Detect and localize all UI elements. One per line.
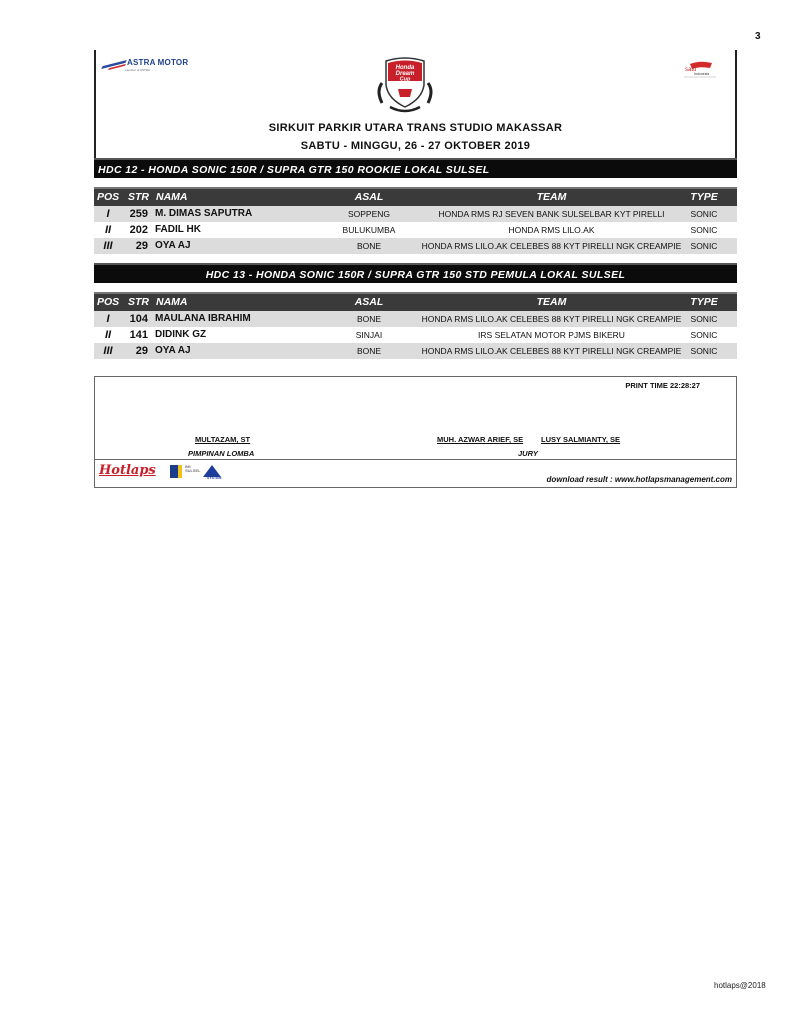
cell-str: 141 [118, 329, 148, 341]
jury-member-2: LUSY SALMIANTY, SE [541, 435, 620, 444]
class-title-hdc13: HDC 13 - HONDA SONIC 150R / SUPRA GTR 15… [94, 263, 737, 283]
table-row: I 259 M. DIMAS SAPUTRA SOPPENG HONDA RMS… [94, 206, 737, 222]
table-header: POS STR NAMA ASAL TEAM TYPE [94, 187, 737, 206]
venue-title: SIRKUIT PARKIR UTARA TRANS STUDIO MAKASS… [94, 122, 737, 134]
col-team: TEAM [414, 191, 689, 203]
cell-team: HONDA RMS LILO.AK CELEBES 88 KYT PIRELLI… [414, 314, 689, 324]
honda-dream-cup-logo-icon: Honda Dream Cup [372, 55, 438, 117]
cell-str: 259 [118, 208, 148, 220]
cell-str: 104 [118, 313, 148, 325]
timing-system-logo-text: SYSTEM [207, 476, 221, 480]
table-row: I 104 MAULANA IBRAHIM BONE HONDA RMS LIL… [94, 311, 737, 327]
jury-member-1: MUH. AZWAR ARIEF, SE [437, 435, 523, 444]
col-type: TYPE [684, 296, 724, 308]
cell-team: HONDA RMS LILO.AK CELEBES 88 KYT PIRELLI… [414, 241, 689, 251]
cell-nama: DIDINK GZ [155, 329, 206, 340]
svg-text:Indonesia: Indonesia [694, 72, 709, 76]
astra-motor-text: ASTRA MOTOR [127, 58, 188, 67]
table-row: III 29 OYA AJ BONE HONDA RMS LILO.AK CEL… [94, 238, 737, 254]
col-asal: ASAL [329, 296, 409, 308]
cell-asal: SOPPENG [329, 209, 409, 219]
race-director-name: MULTAZAM, ST [195, 435, 250, 444]
cell-type: SONIC [684, 346, 724, 356]
col-str: STR [128, 296, 149, 308]
class-title-hdc12: HDC 12 - HONDA SONIC 150R / SUPRA GTR 15… [94, 158, 737, 178]
jury-role: JURY [518, 449, 538, 458]
col-nama: NAMA [156, 191, 188, 203]
cell-nama: M. DIMAS SAPUTRA [155, 208, 252, 219]
cell-str: 29 [118, 345, 148, 357]
cell-nama: OYA AJ [155, 240, 191, 251]
imi-logo-text: IMISULSEL [185, 465, 200, 473]
cell-team: HONDA RMS LILO.AK CELEBES 88 KYT PIRELLI… [414, 346, 689, 356]
table-header: POS STR NAMA ASAL TEAM TYPE [94, 292, 737, 311]
cell-team: HONDA RMS LILO.AK [414, 225, 689, 235]
astra-wing-icon [104, 59, 124, 69]
hotlaps-logo: Hotlaps [99, 463, 156, 478]
satu-indonesia-logo-icon: satu Indonesia [682, 60, 718, 78]
col-str: STR [128, 191, 149, 203]
col-pos: POS [97, 296, 119, 308]
cell-asal: BONE [329, 314, 409, 324]
cell-team: IRS SELATAN MOTOR PJMS BIKERU [414, 330, 689, 340]
signature-footer: PRINT TIME 22:28:27 MULTAZAM, ST PIMPINA… [94, 376, 737, 488]
print-time: PRINT TIME 22:28:27 [625, 381, 700, 390]
cell-asal: BULUKUMBA [329, 225, 409, 235]
cell-str: 202 [118, 224, 148, 236]
col-type: TYPE [684, 191, 724, 203]
cell-type: SONIC [684, 209, 724, 219]
cell-nama: MAULANA IBRAHIM [155, 313, 251, 324]
col-pos: POS [97, 191, 119, 203]
footer-divider [95, 459, 736, 460]
svg-text:Cup: Cup [400, 77, 411, 83]
cell-nama: FADIL HK [155, 224, 201, 235]
cell-str: 29 [118, 240, 148, 252]
table-row: II 141 DIDINK GZ SINJAI IRS SELATAN MOTO… [94, 327, 737, 343]
page-number: 3 [755, 31, 761, 42]
table-row: II 202 FADIL HK BULUKUMBA HONDA RMS LILO… [94, 222, 737, 238]
cell-asal: SINJAI [329, 330, 409, 340]
cell-type: SONIC [684, 314, 724, 324]
race-director-role: PIMPINAN LOMBA [188, 449, 254, 458]
download-link[interactable]: download result : www.hotlapsmanagement.… [546, 475, 732, 484]
col-nama: NAMA [156, 296, 188, 308]
cell-type: SONIC [684, 330, 724, 340]
table-row: III 29 OYA AJ BONE HONDA RMS LILO.AK CEL… [94, 343, 737, 359]
astra-sub-text: member of ASTRA [125, 68, 150, 72]
imi-logo-icon [170, 465, 182, 478]
copyright: hotlaps@2018 [714, 981, 766, 990]
results-table-hdc13: POS STR NAMA ASAL TEAM TYPE I 104 MAULAN… [94, 292, 737, 359]
results-table-hdc12: POS STR NAMA ASAL TEAM TYPE I 259 M. DIM… [94, 187, 737, 254]
col-team: TEAM [414, 296, 689, 308]
cell-team: HONDA RMS RJ SEVEN BANK SULSELBAR KYT PI… [414, 209, 689, 219]
cell-type: SONIC [684, 225, 724, 235]
cell-asal: BONE [329, 346, 409, 356]
event-date: SABTU - MINGGU, 26 - 27 OKTOBER 2019 [94, 140, 737, 152]
cell-nama: OYA AJ [155, 345, 191, 356]
cell-type: SONIC [684, 241, 724, 251]
cell-asal: BONE [329, 241, 409, 251]
col-asal: ASAL [329, 191, 409, 203]
